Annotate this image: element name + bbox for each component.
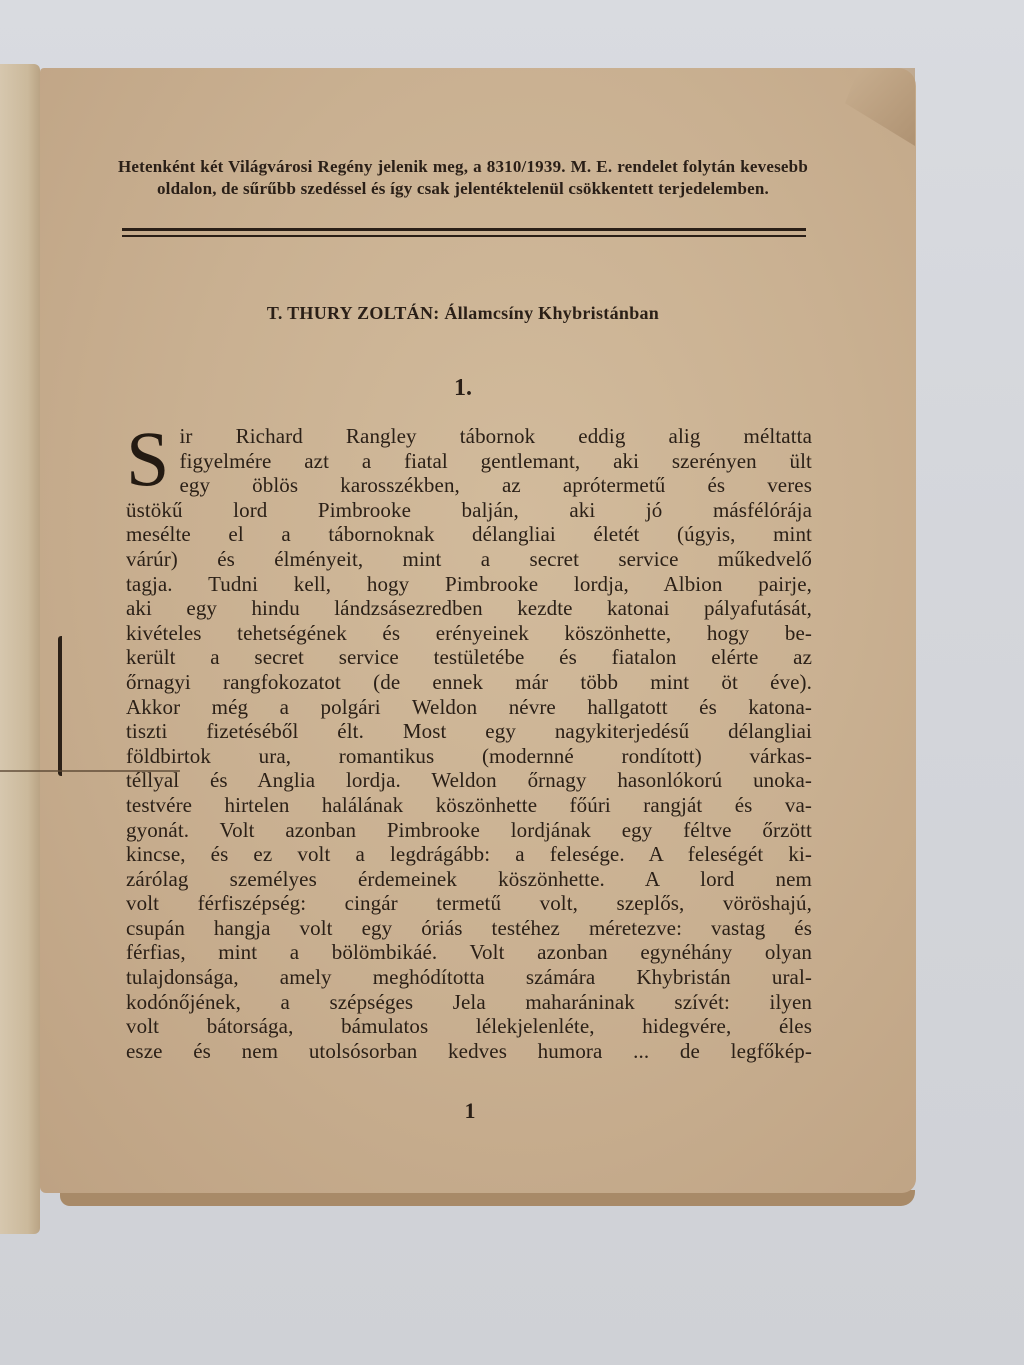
body-text: S ir Richard Rangley tábornok eddig alig… (126, 424, 812, 1063)
body-line: került a secret service testületébe és f… (126, 645, 812, 670)
body-line: ir Richard Rangley tábornok eddig alig m… (126, 424, 812, 449)
body-line: figyelmére azt a fiatal gentlemant, aki … (126, 449, 812, 474)
body-line: mesélte el a tábornoknak délangliai élet… (126, 522, 812, 547)
body-line: esze és nem utolsósorban kedves humora .… (126, 1039, 812, 1064)
body-line: kodónőjének, a szépséges Jela maharánina… (126, 990, 812, 1015)
body-line: egy öblös karosszékben, az aprótermetű é… (126, 473, 812, 498)
body-line: kincse, és ez volt a legdrágább: a feles… (126, 842, 812, 867)
body-line: tiszti fizetéséből élt. Most egy nagykit… (126, 719, 812, 744)
body-line: csupán hangja volt egy óriás testéhez mé… (126, 916, 812, 941)
body-line: aki egy hindu lándzsásezredben kezdte ka… (126, 596, 812, 621)
page-number: 1 (440, 1098, 500, 1124)
body-line: férfias, mint a bölömbikáé. Volt azonban… (126, 940, 812, 965)
header-rule-thin (122, 235, 806, 237)
spine-tear (58, 636, 76, 776)
body-line: volt férfiszépség: cingár termetű volt, … (126, 891, 812, 916)
body-line: várúr) és élményeit, mint a secret servi… (126, 547, 812, 572)
body-line: kivételes tehetségének és erényeinek kös… (126, 621, 812, 646)
body-line: testvére hirtelen halálának köszönhette … (126, 793, 812, 818)
publication-notice: Hetenként két Világvárosi Regény jelenik… (118, 156, 808, 200)
story-title: T. THURY ZOLTÁN: Államcsíny Khybristánba… (118, 303, 808, 324)
body-line: őrnagyi rangfokozatot (de ennek már több… (126, 670, 812, 695)
drop-cap: S (126, 428, 169, 490)
body-line: gyonát. Volt azonban Pimbrooke lordjának… (126, 818, 812, 843)
previous-page-edge (0, 64, 40, 1234)
body-line: tulajdonsága, amely meghódította számára… (126, 965, 812, 990)
body-line: zárólag személyes érdemeinek köszönhette… (126, 867, 812, 892)
body-line: volt bátorsága, bámulatos lélekjelenléte… (126, 1014, 812, 1039)
body-line: üstökű lord Pimbrooke balján, aki jó más… (126, 498, 812, 523)
body-line: földbirtok ura, romantikus (modernné ron… (126, 744, 812, 769)
body-line: Akkor még a polgári Weldon névre hallgat… (126, 695, 812, 720)
chapter-number: 1. (118, 375, 808, 402)
header-rule-thick (122, 228, 806, 231)
body-line: téllyal és Anglia lordja. Weldon őrnagy … (126, 768, 812, 793)
body-line: tagja. Tudni kell, hogy Pimbrooke lordja… (126, 572, 812, 597)
